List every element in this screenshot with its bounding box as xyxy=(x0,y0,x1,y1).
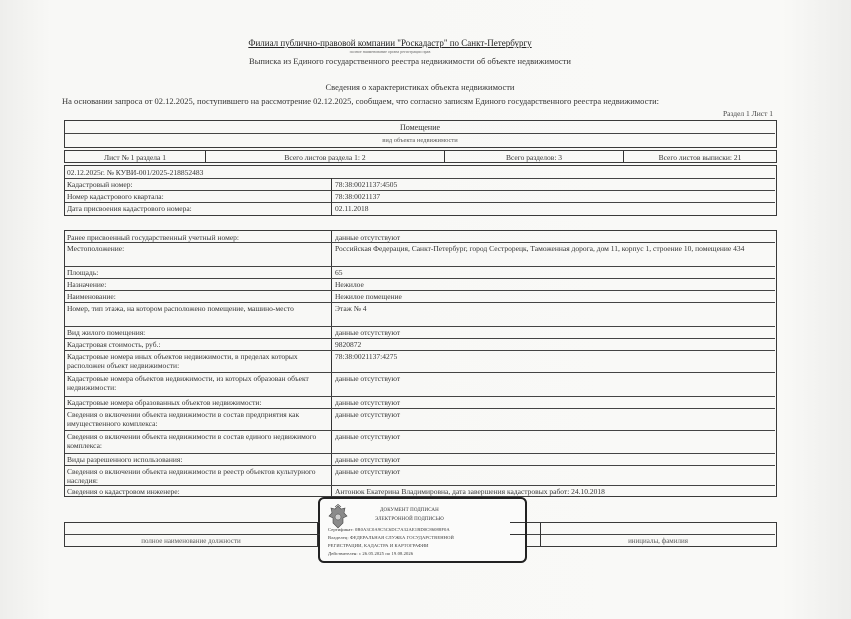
characteristic-label: Площадь: xyxy=(65,267,331,278)
sheet-number: Лист № 1 раздела 1 xyxy=(65,152,205,163)
characteristic-value: данные отсутствуют xyxy=(333,409,773,420)
cadastral-engineer-value: Антонюк Екатерина Владимировна, дата зав… xyxy=(333,486,773,497)
stamp-tick xyxy=(510,534,525,535)
stamp-signed: ДОКУМЕНТ ПОДПИСАН xyxy=(380,508,439,513)
location-value: Российская Федерация, Санкт-Петербург, г… xyxy=(333,243,773,254)
document-title: Сведения о характеристиках объекта недви… xyxy=(240,82,600,92)
characteristic-value: данные отсутствуют xyxy=(333,431,773,442)
characteristic-label: Кадастровые номера образованных объектов… xyxy=(65,397,331,408)
cadastral-number: 78:38:0021137:4505 xyxy=(333,179,773,190)
stamp-electronic: ЭЛЕКТРОННОЙ ПОДПИСЬЮ xyxy=(375,517,444,522)
characteristic-label: Сведения о включении объекта недвижимост… xyxy=(65,431,331,451)
characteristics-table: Ранее присвоенный государственный учетны… xyxy=(64,230,777,497)
basis-text: На основании запроса от 02.12.2025, пост… xyxy=(62,96,752,106)
characteristic-label: Вид жилого помещения: xyxy=(65,327,331,338)
purpose-value: Нежилое xyxy=(333,279,773,290)
object-type-box: Помещение вид объекта недвижимости xyxy=(64,120,777,148)
identifier-label: Дата присвоения кадастрового номера: xyxy=(65,203,331,214)
total-sections: Всего разделов: 3 xyxy=(445,152,623,163)
total-sheets-extract: Всего листов выписки: 21 xyxy=(624,152,776,163)
electronic-signature-stamp: ДОКУМЕНТ ПОДПИСАН ЭЛЕКТРОННОЙ ПОДПИСЬЮ С… xyxy=(318,497,527,563)
characteristic-label: Местоположение: xyxy=(65,243,331,254)
object-type: Помещение xyxy=(65,122,775,133)
section-sheet-label: Раздел 1 Лист 1 xyxy=(723,109,773,118)
characteristic-label: Ранее присвоенный государственный учетны… xyxy=(65,232,331,243)
characteristic-value: данные отсутствуют xyxy=(333,373,773,384)
identifier-label: Кадастровый номер: xyxy=(65,179,331,190)
floor-value: Этаж № 4 xyxy=(333,303,773,314)
characteristic-label: Номер, тип этажа, на котором расположено… xyxy=(65,303,331,314)
stamp-validity: Действителен: с 26.05.2025 по 19.08.2026 xyxy=(328,551,413,556)
characteristic-value: данные отсутствуют xyxy=(333,454,773,465)
name-value: Нежилое помещение xyxy=(333,291,773,302)
characteristic-label: Виды разрешенного использования: xyxy=(65,454,331,465)
characteristic-label: Сведения о кадастровом инженере: xyxy=(65,486,331,497)
sheet-info-row: Лист № 1 раздела 1 Всего листов раздела … xyxy=(64,150,777,163)
parent-object-value: 78:38:0021137:4275 xyxy=(333,351,773,362)
characteristic-label: Кадастровая стоимость, руб.: xyxy=(65,339,331,350)
document-page: Филиал публично-правовой компании "Роска… xyxy=(0,0,851,619)
organization-caption: полное наименование органа регистрации п… xyxy=(240,49,540,54)
stamp-tick xyxy=(510,522,525,523)
object-type-caption: вид объекта недвижимости xyxy=(65,135,775,146)
characteristic-label: Кадастровые номера объектов недвижимости… xyxy=(65,373,331,393)
stamp-tick xyxy=(310,534,320,535)
cadastral-quarter: 78:38:0021137 xyxy=(333,191,773,202)
characteristic-label: Сведения о включении объекта недвижимост… xyxy=(65,466,331,486)
name-caption: инициалы, фамилия xyxy=(541,536,775,547)
characteristic-value: данные отсутствуют xyxy=(333,397,773,408)
stamp-owner: Владелец: ФЕДЕРАЛЬНАЯ СЛУЖБА ГОСУДАРСТВЕ… xyxy=(328,535,454,540)
characteristic-label: Назначение: xyxy=(65,279,331,290)
characteristic-label: Сведения о включении объекта недвижимост… xyxy=(65,409,331,429)
characteristic-value: данные отсутствуют xyxy=(333,232,773,243)
characteristic-value: данные отсутствуют xyxy=(333,466,773,477)
characteristic-label: Наименование: xyxy=(65,291,331,302)
extract-title: Выписка из Единого государственного реес… xyxy=(190,56,630,66)
characteristic-value: данные отсутствуют xyxy=(333,327,773,338)
position-caption: полное наименование должности xyxy=(65,536,317,547)
area-value: 65 xyxy=(333,267,773,278)
organization-name: Филиал публично-правовой компании "Роска… xyxy=(240,38,540,48)
stamp-owner-cont: РЕГИСТРАЦИИ, КАДАСТРА И КАРТОГРАФИИ xyxy=(328,543,429,548)
cadastral-value: 9820872 xyxy=(333,339,773,350)
stamp-certificate: Сертификат: 0B0A3C0A9C5C6DC7A32AE1BD0C86… xyxy=(328,527,450,532)
stamp-tick xyxy=(310,522,320,523)
request-id: 02.12.2025г. № КУВИ-001/2025-218852483 xyxy=(65,167,775,178)
identifier-label: Номер кадастрового квартала: xyxy=(65,191,331,202)
assignment-date: 02.11.2018 xyxy=(333,203,773,214)
characteristic-label: Кадастровые номера иных объектов недвижи… xyxy=(65,351,331,371)
identifiers-table: 02.12.2025г. № КУВИ-001/2025-218852483 К… xyxy=(64,165,777,216)
total-sheets-section: Всего листов раздела 1: 2 xyxy=(206,152,444,163)
